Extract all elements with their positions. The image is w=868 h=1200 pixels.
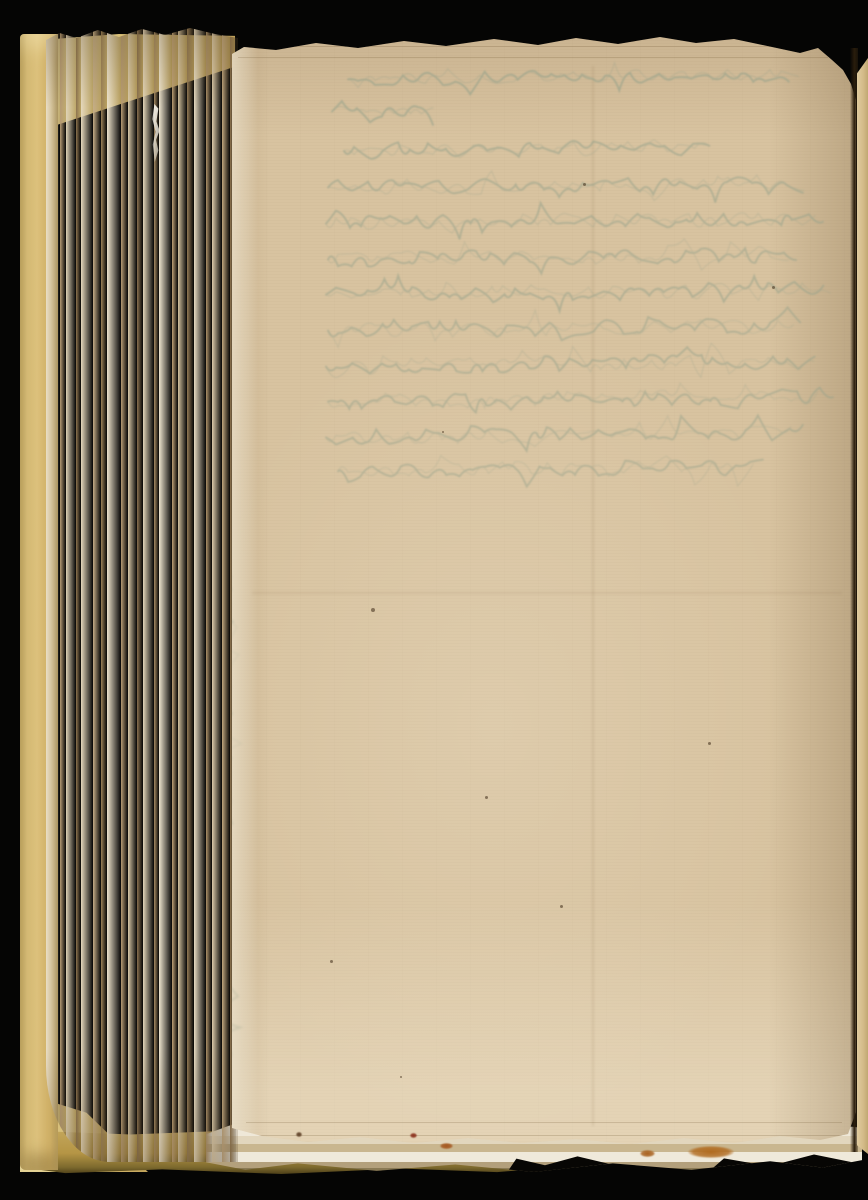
edge-stripe: [66, 28, 76, 1162]
fold-rule: [246, 1122, 842, 1123]
edge-strip-bottom: [206, 1152, 862, 1162]
edge-stripe: [46, 28, 60, 1162]
dirt-speck: [371, 608, 375, 612]
edge-stripe: [93, 28, 101, 1162]
edge-stripe: [81, 28, 93, 1162]
edge-stripe: [178, 28, 187, 1162]
fold-rule: [242, 46, 802, 47]
archival-photo-stage: [0, 0, 868, 1200]
edge-stripe: [60, 28, 66, 1162]
edge-stripe: [206, 28, 212, 1162]
edge-stripe: [154, 28, 159, 1162]
gutter-shadow: [850, 48, 858, 1152]
edge-stripe: [137, 28, 143, 1162]
edge-stripe: [222, 28, 230, 1162]
handwriting-line: [332, 97, 436, 124]
fold-rule: [238, 57, 828, 58]
edge-stripe: [194, 28, 206, 1162]
handwriting-line: [348, 62, 800, 93]
edge-stripe: [143, 28, 154, 1162]
dirt-speck: [772, 286, 775, 289]
adjacent-page-sliver: [857, 58, 868, 1154]
handwriting-line: [338, 454, 768, 485]
handwriting-line: [328, 312, 806, 343]
dirt-speck: [400, 1076, 402, 1078]
dirt-speck: [330, 960, 333, 963]
edge-stripe: [172, 28, 178, 1162]
handwriting-line: [326, 276, 832, 307]
handwriting-line: [326, 348, 818, 379]
dirt-speck: [485, 796, 488, 799]
handwriting-line: [326, 205, 826, 236]
edge-strip-bottom: [206, 1144, 862, 1152]
edge-stripe: [159, 28, 172, 1162]
edge-stripe: [128, 28, 137, 1162]
handwriting-line: [344, 134, 712, 164]
handwriting-line: [326, 419, 804, 450]
fold-rule: [242, 1135, 842, 1136]
dirt-speck: [442, 431, 444, 433]
manuscript-page: [232, 36, 856, 1148]
rust-stain: [688, 1146, 734, 1158]
rust-stain: [296, 1132, 302, 1137]
handwriting-line: [328, 242, 800, 273]
horizontal-crease: [252, 592, 842, 594]
edge-stripe: [107, 28, 121, 1162]
rust-stain: [640, 1150, 655, 1157]
rust-stain: [410, 1133, 417, 1138]
page-edges-stack: [46, 28, 238, 1162]
handwriting-line: [328, 169, 810, 200]
dirt-speck: [583, 183, 586, 186]
rust-stain: [440, 1143, 453, 1149]
dirt-speck: [560, 905, 563, 908]
dirt-speck: [708, 742, 711, 745]
handwriting-line: [328, 383, 833, 414]
edge-stripe: [121, 28, 128, 1162]
edge-stripe: [212, 28, 222, 1162]
edge-stripe: [187, 28, 194, 1162]
edge-stripe: [101, 28, 107, 1162]
edge-stripe: [76, 28, 81, 1162]
